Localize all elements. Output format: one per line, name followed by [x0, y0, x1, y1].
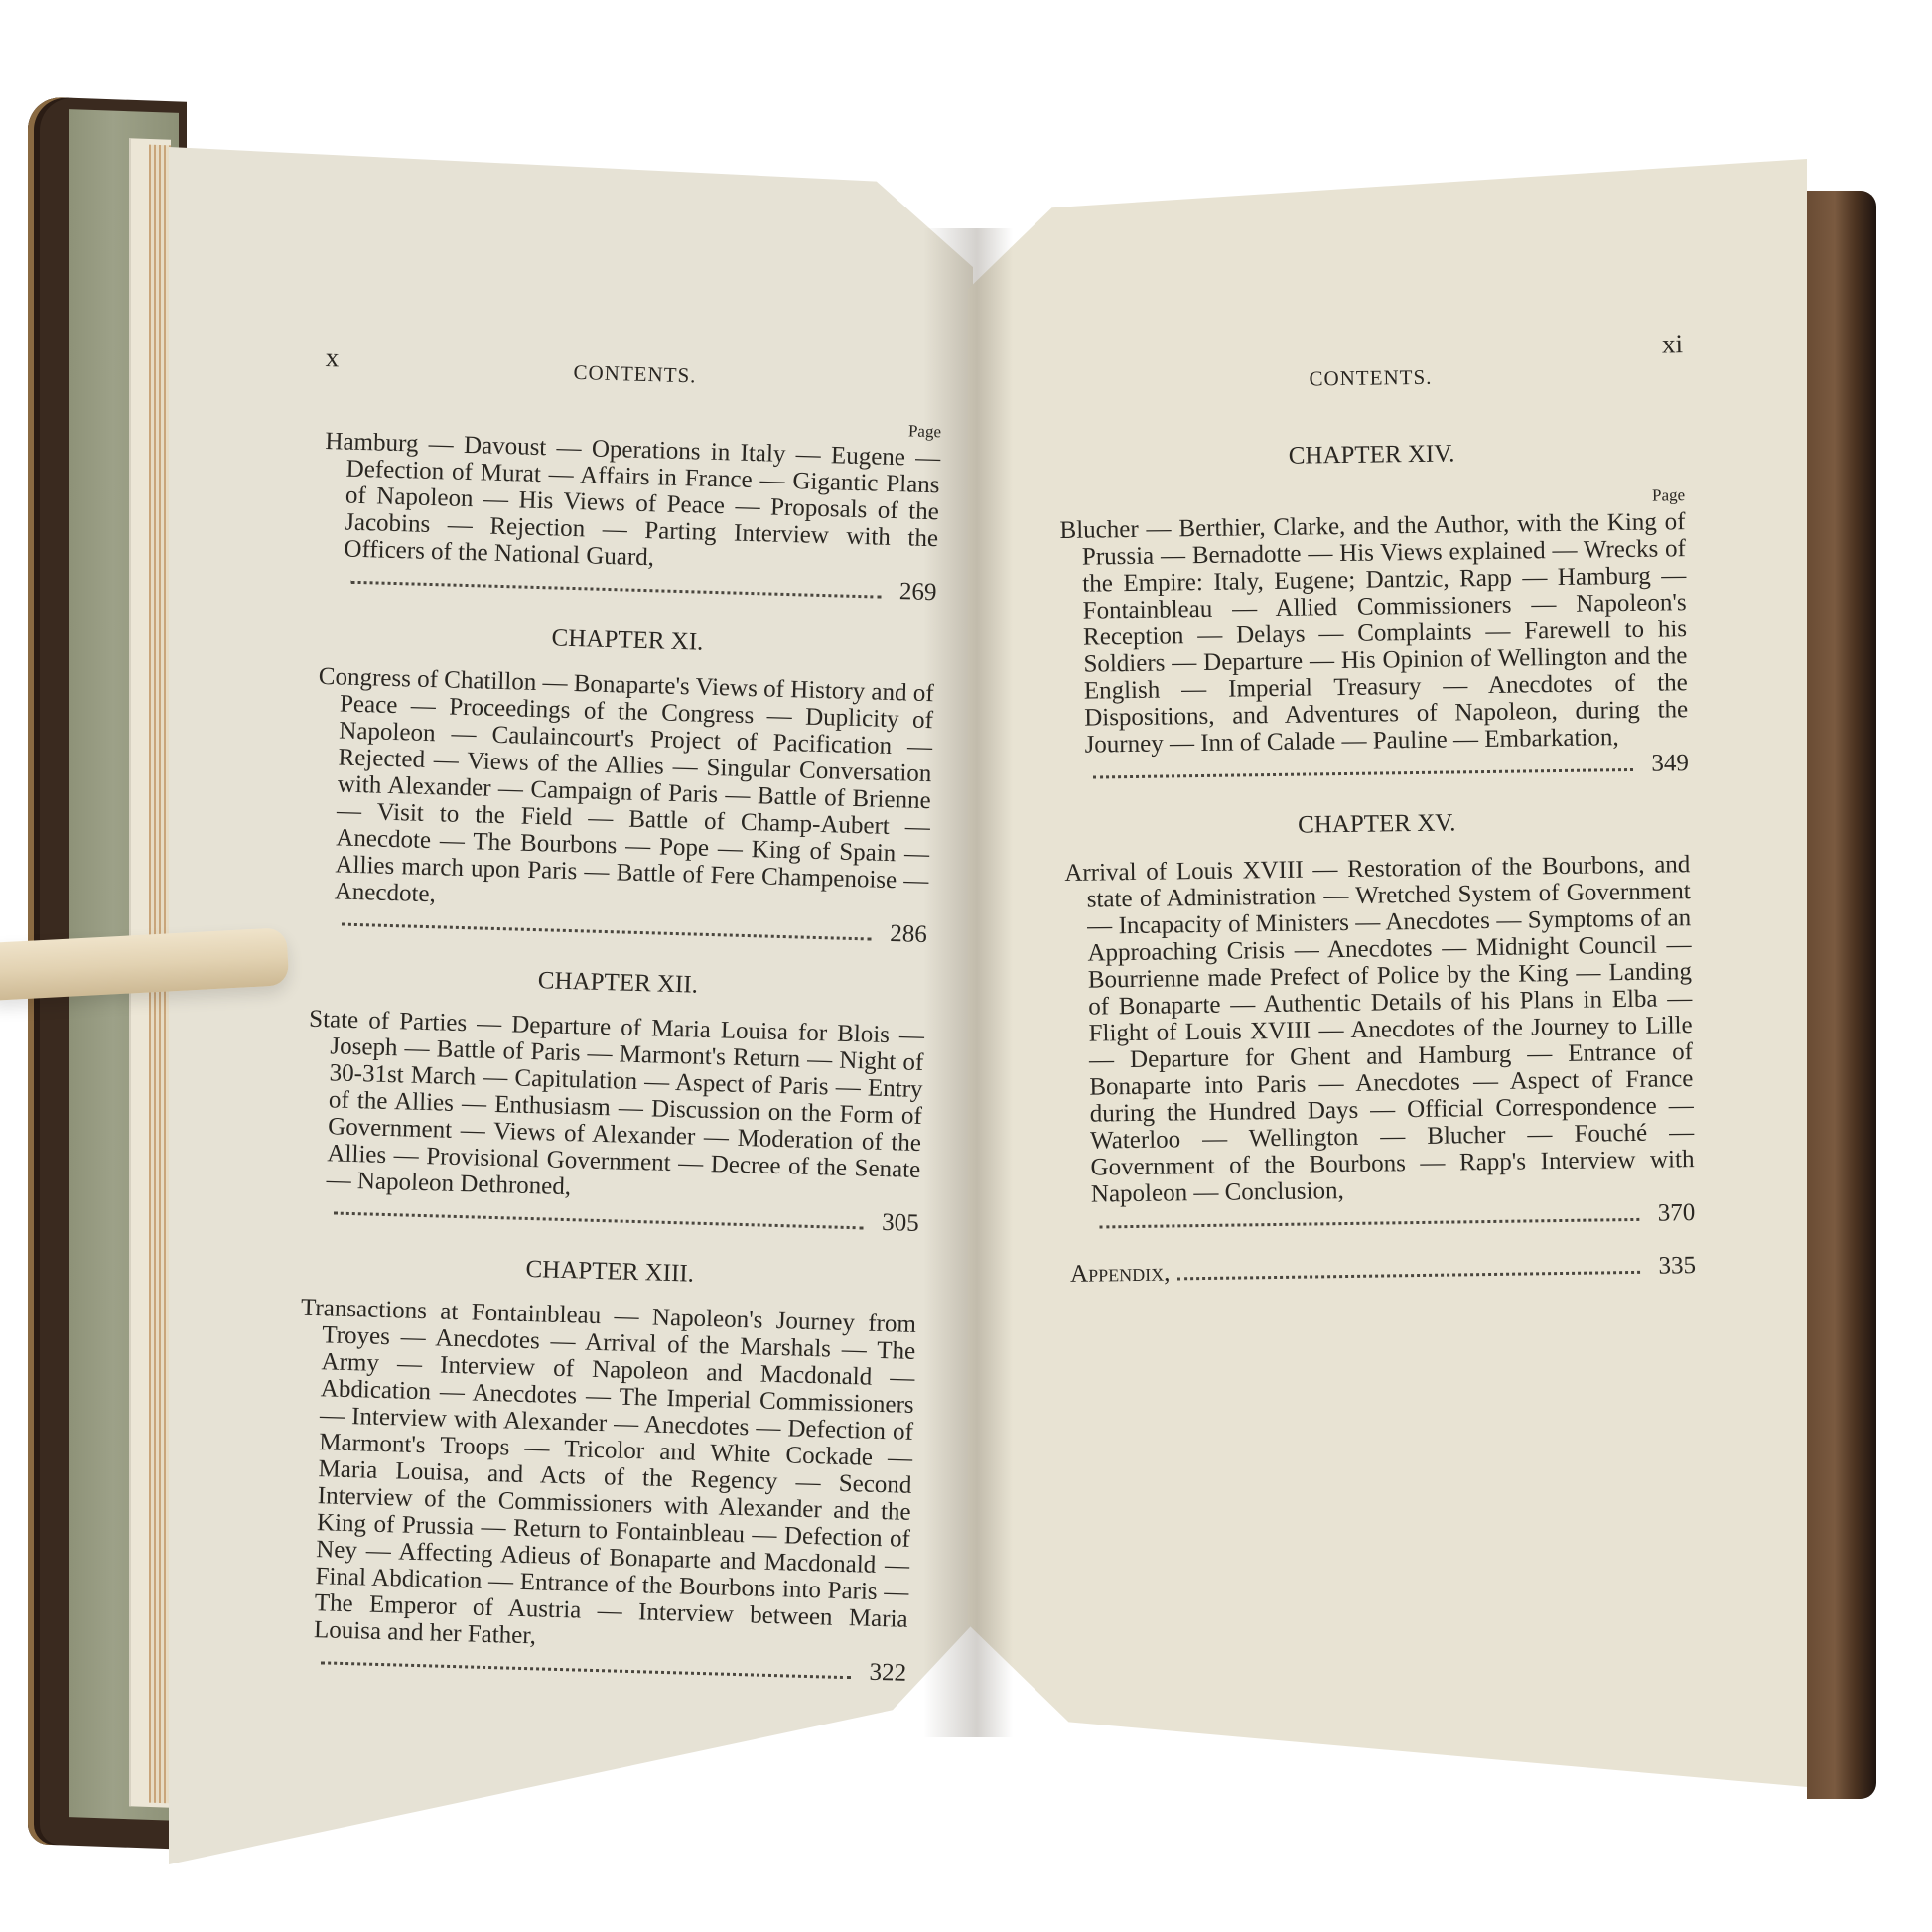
appendix-label: Appendix, [1070, 1260, 1171, 1288]
entry-text: State of Parties — Departure of Maria Lo… [309, 1006, 925, 1200]
dot-leader [1177, 1271, 1640, 1281]
page-number: 335 [1648, 1252, 1696, 1280]
dot-leader [351, 581, 882, 599]
entry-text: Blucher — Berthier, Clarke, and the Auth… [1059, 508, 1688, 758]
dot-leader [1093, 768, 1633, 779]
toc-entry: Arrival of Louis XVIII — Restoration of … [1064, 851, 1695, 1235]
page-number: 349 [1641, 750, 1689, 777]
chapter-heading: CHAPTER XV. [1064, 806, 1690, 842]
page-number: 322 [859, 1658, 907, 1686]
toc-entry: Blucher — Berthier, Clarke, and the Auth… [1059, 508, 1689, 785]
dot-leader [342, 923, 872, 941]
left-page-text: x CONTENTS. Page Hamburg — Davoust — Ope… [291, 352, 943, 1687]
dot-leader [1099, 1218, 1639, 1229]
right-page-edges-and-cover [1807, 191, 1876, 1799]
entry-text: Arrival of Louis XVIII — Restoration of … [1064, 851, 1694, 1207]
dot-leader [334, 1212, 864, 1230]
chapter-heading: CHAPTER XIV. [1058, 437, 1684, 473]
page-number: 305 [871, 1209, 919, 1237]
chapter-heading: CHAPTER XI. [320, 619, 936, 662]
entry-text: Transactions at Fontainbleau — Napoleon'… [301, 1295, 917, 1650]
entry-text: Congress of Chatillon — Bonaparte's View… [319, 663, 935, 907]
open-book: x CONTENTS. Page Hamburg — Davoust — Ope… [0, 0, 1932, 1932]
page-number: 286 [879, 920, 927, 948]
toc-entry: Transactions at Fontainbleau — Napoleon'… [291, 1295, 916, 1687]
toc-entry: Congress of Chatillon — Bonaparte's View… [312, 663, 934, 948]
entry-text: Hamburg — Davoust — Operations in Italy … [325, 428, 941, 571]
toc-entry-continuation: Hamburg — Davoust — Operations in Italy … [321, 428, 940, 606]
folio-right: xi [1662, 331, 1683, 357]
page-number: 370 [1647, 1199, 1695, 1227]
toc-entry: State of Parties — Departure of Maria Lo… [304, 1006, 925, 1237]
right-page-text: xi CONTENTS. CHAPTER XIV. Page Blucher —… [1057, 339, 1696, 1288]
chapter-heading: CHAPTER XIII. [302, 1250, 918, 1294]
running-head-right: CONTENTS. [1057, 339, 1684, 396]
folio-left: x [325, 345, 339, 371]
chapter-heading: CHAPTER XII. [310, 961, 926, 1005]
page-number: 269 [889, 578, 937, 606]
